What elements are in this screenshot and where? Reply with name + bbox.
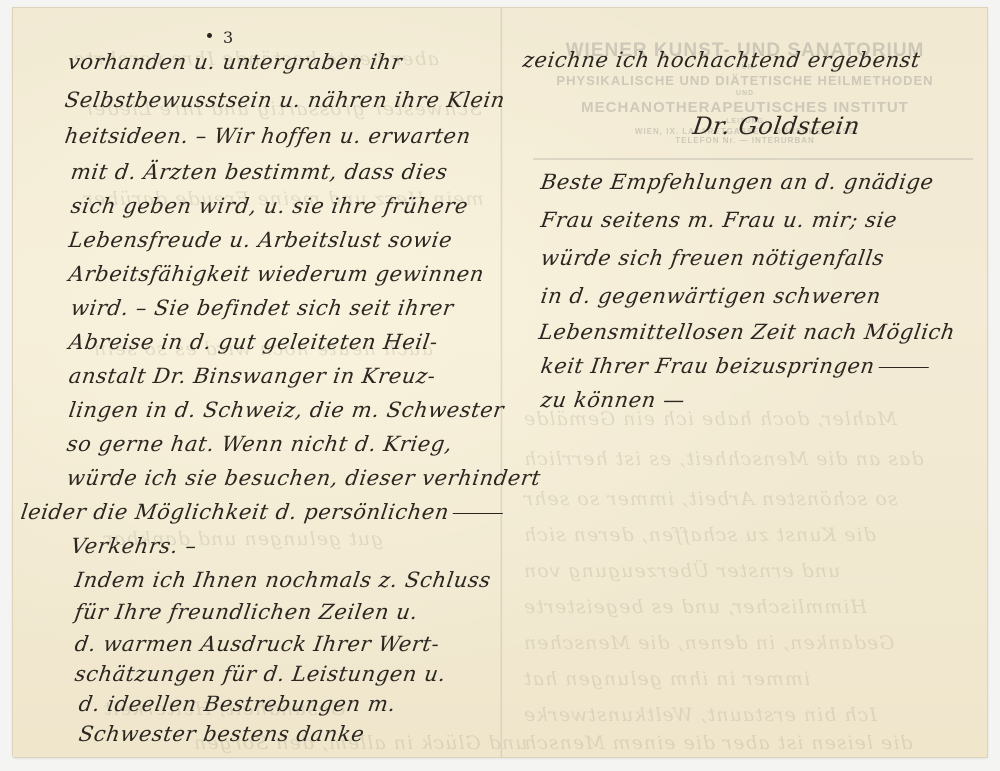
postscript-line: keit Ihrer Frau beizuspringen: [539, 354, 930, 378]
handwritten-line: wird. – Sie befindet sich seit ihrer: [69, 296, 455, 320]
handwritten-line: anstalt Dr. Binswanger in Kreuz-: [67, 364, 437, 388]
bleed-through-text: Gedanken, in denen, die Menschen: [523, 632, 894, 654]
bleed-through-text: so schönsten Arbeit, immer so sehr: [523, 488, 897, 510]
bleed-through-text: Himmlischer, und es begeisterte: [523, 596, 867, 618]
handwritten-line: Abreise in d. gut geleiteten Heil-: [67, 330, 439, 354]
signature: Dr. Goldstein: [691, 112, 862, 140]
postscript-line: Beste Empfehlungen an d. gnädige: [539, 170, 935, 194]
bleed-through-text: das an die Menschheit, es ist herrlich: [523, 448, 923, 470]
postscript-line: Frau seitens m. Frau u. mir; sie: [539, 208, 898, 232]
handwritten-line: Arbeitsfähigkeit wiederum gewinnen: [67, 262, 485, 286]
handwritten-line: Schwester bestens danke: [77, 722, 366, 746]
bleed-through-text: die Kunst zu schaffen, deren sich: [523, 524, 876, 546]
handwritten-line: leider die Möglichkeit d. persönlichen: [19, 500, 504, 524]
bleed-through-text: die leisen ist aber die einem Mensch: [523, 732, 913, 754]
closing-line: zeichne ich hochachtend ergebenst: [521, 48, 922, 72]
handwritten-line: so gerne hat. Wenn nicht d. Krieg,: [65, 432, 454, 456]
bleed-through-text: immer in ihm gelungen hat: [523, 668, 810, 690]
handwritten-line: würde ich sie besuchen, dieser verhinder…: [65, 466, 542, 490]
ink-mark: [207, 33, 212, 38]
letterhead-subtitle: PHYSIKALISCHE UND DIÄTETISCHE HEILMETHOD…: [525, 73, 965, 88]
handwritten-line: d. warmen Ausdruck Ihrer Wert-: [73, 632, 441, 656]
letter-sheet: aber heute bestände Ihre verehrte Schwes…: [13, 8, 987, 757]
handwritten-line: lingen in d. Schweiz, die m. Schwester: [67, 398, 505, 422]
bleed-through-text: und ernster Überzeugung von: [523, 560, 840, 582]
right-page: WIENER KUNST- UND SANATORIUM FÜR PHYSIKA…: [503, 8, 987, 757]
postscript-line: zu können —: [539, 388, 686, 412]
handwritten-line: heitsideen. – Wir hoffen u. erwarten: [63, 124, 472, 148]
handwritten-line: Lebensfreude u. Arbeitslust sowie: [67, 228, 454, 252]
handwritten-line: vorhanden u. untergraben ihr: [66, 50, 404, 74]
letterhead-rule: [533, 158, 973, 160]
handwritten-line: Verkehrs. –: [69, 534, 198, 558]
letterhead-connector: UND: [525, 90, 965, 97]
page-number: 3: [223, 28, 233, 47]
postscript-line: würde sich freuen nötigenfalls: [539, 246, 886, 270]
bleed-through-text: Ich bin erstaunt, Weltkunstwerke: [523, 704, 877, 726]
handwritten-line: für Ihre freundlichen Zeilen u.: [73, 600, 419, 624]
handwritten-line: Selbstbewusstsein u. nähren ihre Klein: [63, 88, 506, 112]
postscript-line: Lebensmittellosen Zeit nach Möglich: [537, 320, 956, 344]
handwritten-line: sich geben wird, u. sie ihre frühere: [69, 194, 470, 218]
postscript-line: in d. gegenwärtigen schweren: [539, 284, 882, 308]
handwritten-line: d. ideellen Bestrebungen m.: [77, 692, 397, 716]
left-page: aber heute bestände Ihre verehrte Schwes…: [13, 8, 500, 757]
handwritten-line: schätzungen für d. Leistungen u.: [73, 662, 447, 686]
handwritten-line: Indem ich Ihnen nochmals z. Schluss: [73, 568, 492, 592]
handwritten-line: mit d. Ärzten bestimmt, dass dies: [69, 160, 449, 184]
